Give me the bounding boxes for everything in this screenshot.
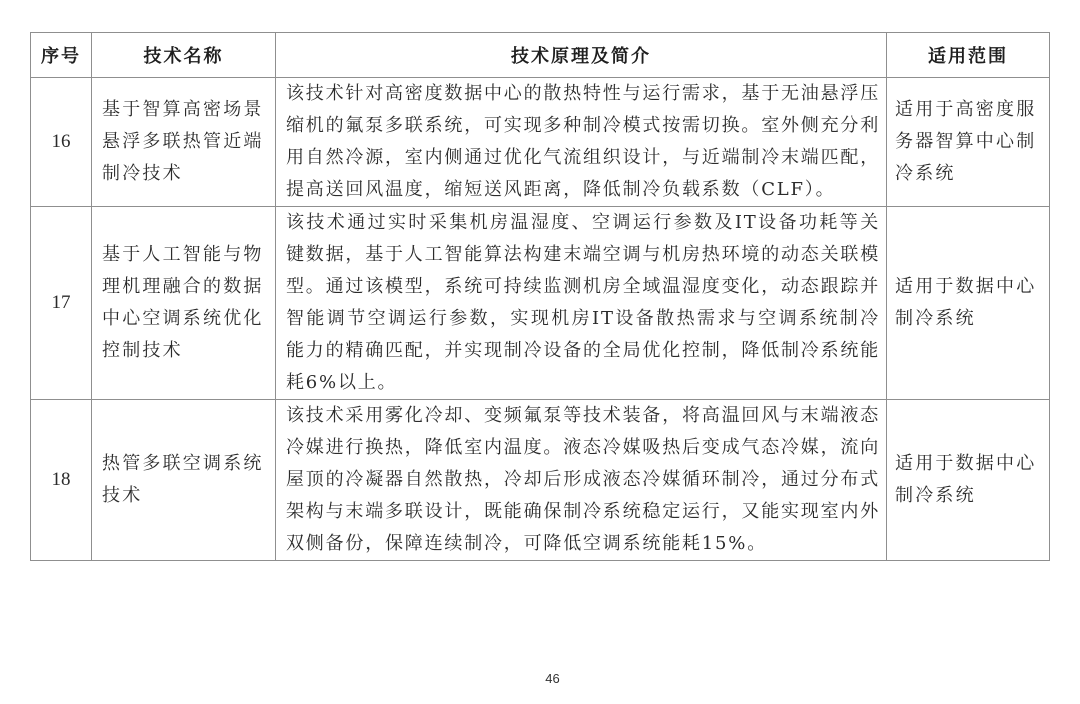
page-number: 46 [0,671,1080,686]
application-scope: 适用于高密度服务器智算中心制冷系统 [887,78,1050,207]
technology-name: 基于人工智能与物理机理融合的数据中心空调系统优化控制技术 [92,207,276,400]
table-row: 17 基于人工智能与物理机理融合的数据中心空调系统优化控制技术 该技术通过实时采… [31,207,1050,400]
header-name: 技术名称 [92,33,276,78]
technology-description: 该技术针对高密度数据中心的散热特性与运行需求，基于无油悬浮压缩机的氟泵多联系统，… [276,78,887,207]
header-no: 序号 [31,33,92,78]
technology-name: 热管多联空调系统技术 [92,400,276,561]
technology-description: 该技术通过实时采集机房温湿度、空调运行参数及IT设备功耗等关键数据，基于人工智能… [276,207,887,400]
table-row: 18 热管多联空调系统技术 该技术采用雾化冷却、变频氟泵等技术装备，将高温回风与… [31,400,1050,561]
row-number: 16 [31,78,92,207]
row-number: 18 [31,400,92,561]
row-number: 17 [31,207,92,400]
header-scope: 适用范围 [887,33,1050,78]
technology-description: 该技术采用雾化冷却、变频氟泵等技术装备，将高温回风与末端液态冷媒进行换热，降低室… [276,400,887,561]
header-description: 技术原理及简介 [276,33,887,78]
application-scope: 适用于数据中心制冷系统 [887,400,1050,561]
technology-table: 序号 技术名称 技术原理及简介 适用范围 16 基于智算高密场景悬浮多联热管近端… [30,32,1050,561]
application-scope: 适用于数据中心制冷系统 [887,207,1050,400]
table-header-row: 序号 技术名称 技术原理及简介 适用范围 [31,33,1050,78]
technology-name: 基于智算高密场景悬浮多联热管近端制冷技术 [92,78,276,207]
table-row: 16 基于智算高密场景悬浮多联热管近端制冷技术 该技术针对高密度数据中心的散热特… [31,78,1050,207]
